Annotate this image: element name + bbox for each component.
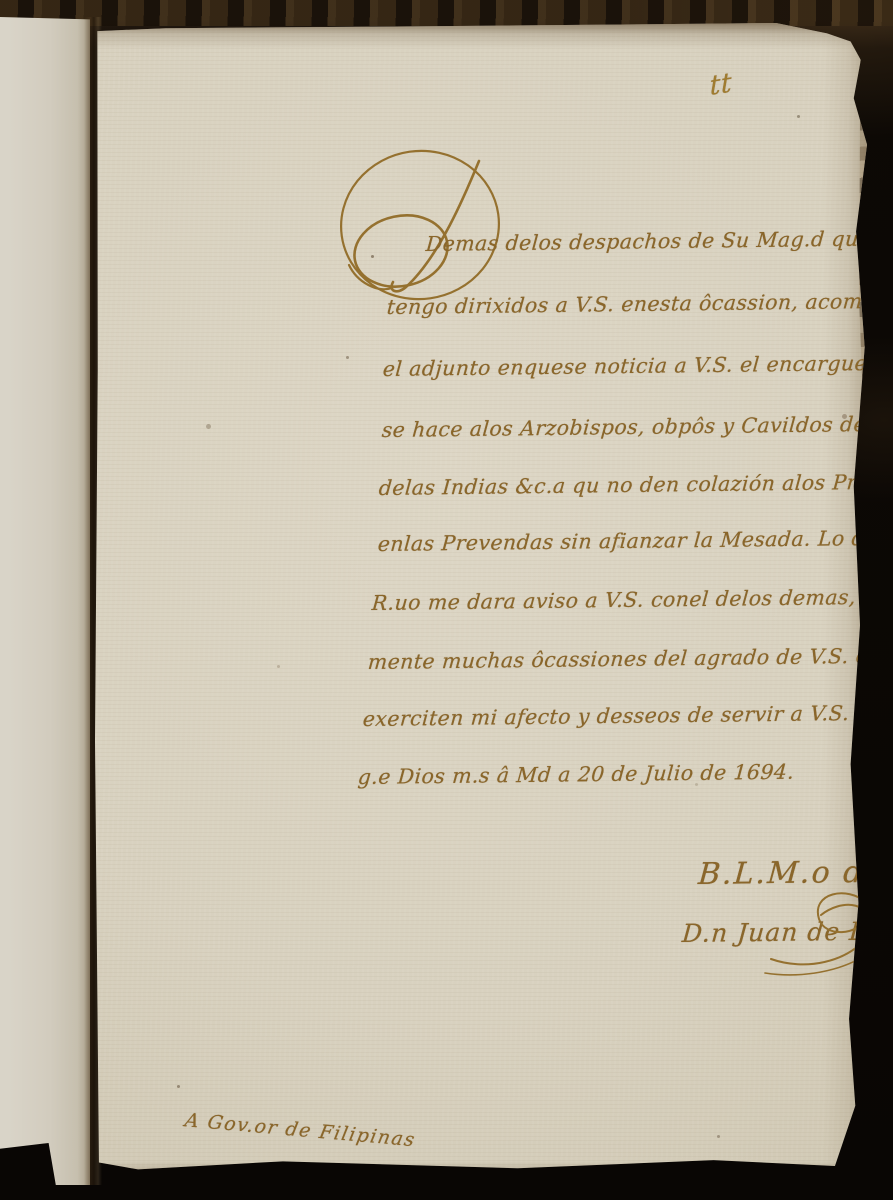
photo-top-edge xyxy=(0,0,893,26)
archive-mark: tt xyxy=(709,67,732,102)
letter-line: exerciten mi afecto y desseos de servir … xyxy=(362,700,893,731)
letter-line: R.uo me dara aviso a V.S. conel delos de… xyxy=(371,584,893,615)
letter-line: g.e Dios m.s â Md a 20 de Julio de 1694. xyxy=(357,760,795,789)
previous-page-leaf xyxy=(0,17,90,1185)
letter-line: Demas delos despachos de Su Mag.d que xyxy=(425,227,872,256)
letter-line: tengo dirixidos a V.S. enesta ôcassion, … xyxy=(386,289,893,319)
docket-note: A Gov.or de Filipinas xyxy=(183,1109,418,1151)
letter-line: delas Indias &c.a qu no den colazión alo… xyxy=(378,469,893,500)
letter-line: se hace alos Arzobispos, obpôs y Cavildo… xyxy=(381,411,893,442)
calligraphic-rubric-icon xyxy=(333,135,533,320)
signature-rubric-icon xyxy=(763,881,878,981)
manuscript-page: tt 5 Demas delos despachos de Su Mag.d q… xyxy=(95,23,878,1181)
letter-line: enlas Prevendas sin afianzar la Mesada. … xyxy=(377,526,886,556)
letter-line: mente muchas ôcassiones del agrado de V.… xyxy=(367,643,893,674)
letter-line: el adjunto enquese noticia a V.S. el enc… xyxy=(382,351,893,381)
manuscript-photo: tt 5 Demas delos despachos de Su Mag.d q… xyxy=(0,0,893,1200)
